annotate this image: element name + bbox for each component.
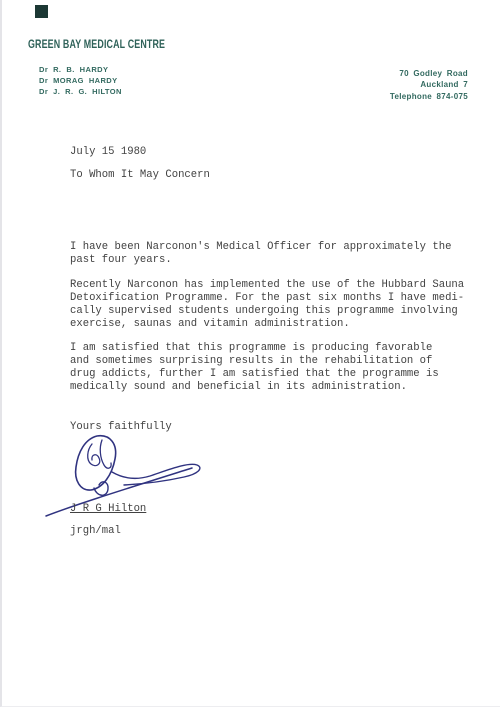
doctor-name: Dr MORAG HARDY [39, 75, 122, 86]
signer-typed-name: J R G Hilton [70, 503, 146, 516]
body-paragraph: I am satisfied that this programme is pr… [70, 342, 439, 394]
letterhead-logo-square [35, 5, 48, 18]
signature-oval [76, 436, 116, 490]
reference-initials: jrgh/mal [70, 525, 121, 538]
signature-flourish [112, 464, 200, 485]
doctor-list: Dr R. B. HARDY Dr MORAG HARDY Dr J. R. G… [39, 64, 122, 97]
letter-page: GREEN BAY MEDICAL CENTRE Dr R. B. HARDY … [0, 0, 500, 707]
letter-date: July 15 1980 [70, 146, 146, 159]
body-paragraph: Recently Narconon has implemented the us… [70, 279, 464, 331]
logo-square-shape [35, 5, 48, 18]
address-line: Telephone 874-075 [390, 91, 468, 102]
doctor-name: Dr J. R. G. HILTON [39, 86, 122, 97]
address-line: 70 Godley Road [390, 68, 468, 79]
clinic-name: GREEN BAY MEDICAL CENTRE [28, 37, 165, 51]
salutation: To Whom It May Concern [70, 169, 210, 182]
address-line: Auckland 7 [390, 79, 468, 90]
body-paragraph: I have been Narconon's Medical Officer f… [70, 241, 451, 267]
address-block: 70 Godley Road Auckland 7 Telephone 874-… [390, 68, 468, 102]
doctor-name: Dr R. B. HARDY [39, 64, 122, 75]
signature-inner-scribble [88, 440, 111, 468]
